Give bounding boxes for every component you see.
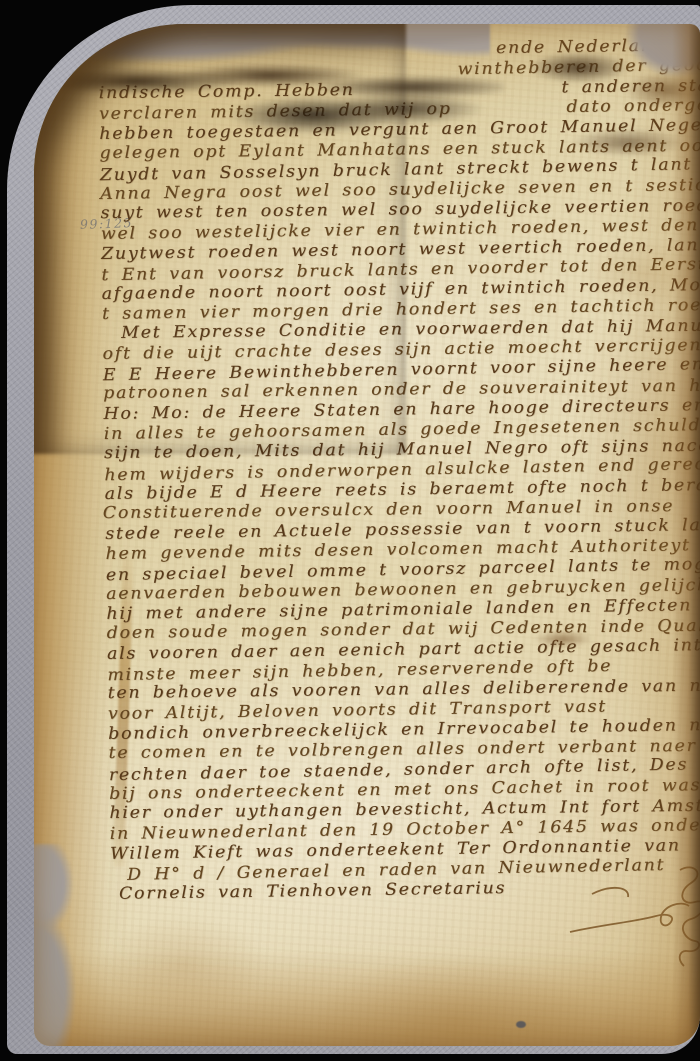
manuscript-scan: 99:125 ende Nederlandts hier bij wintheb… — [0, 0, 700, 1061]
paper-vignette — [34, 24, 700, 1046]
document-page: 99:125 ende Nederlandts hier bij wintheb… — [34, 24, 700, 1046]
